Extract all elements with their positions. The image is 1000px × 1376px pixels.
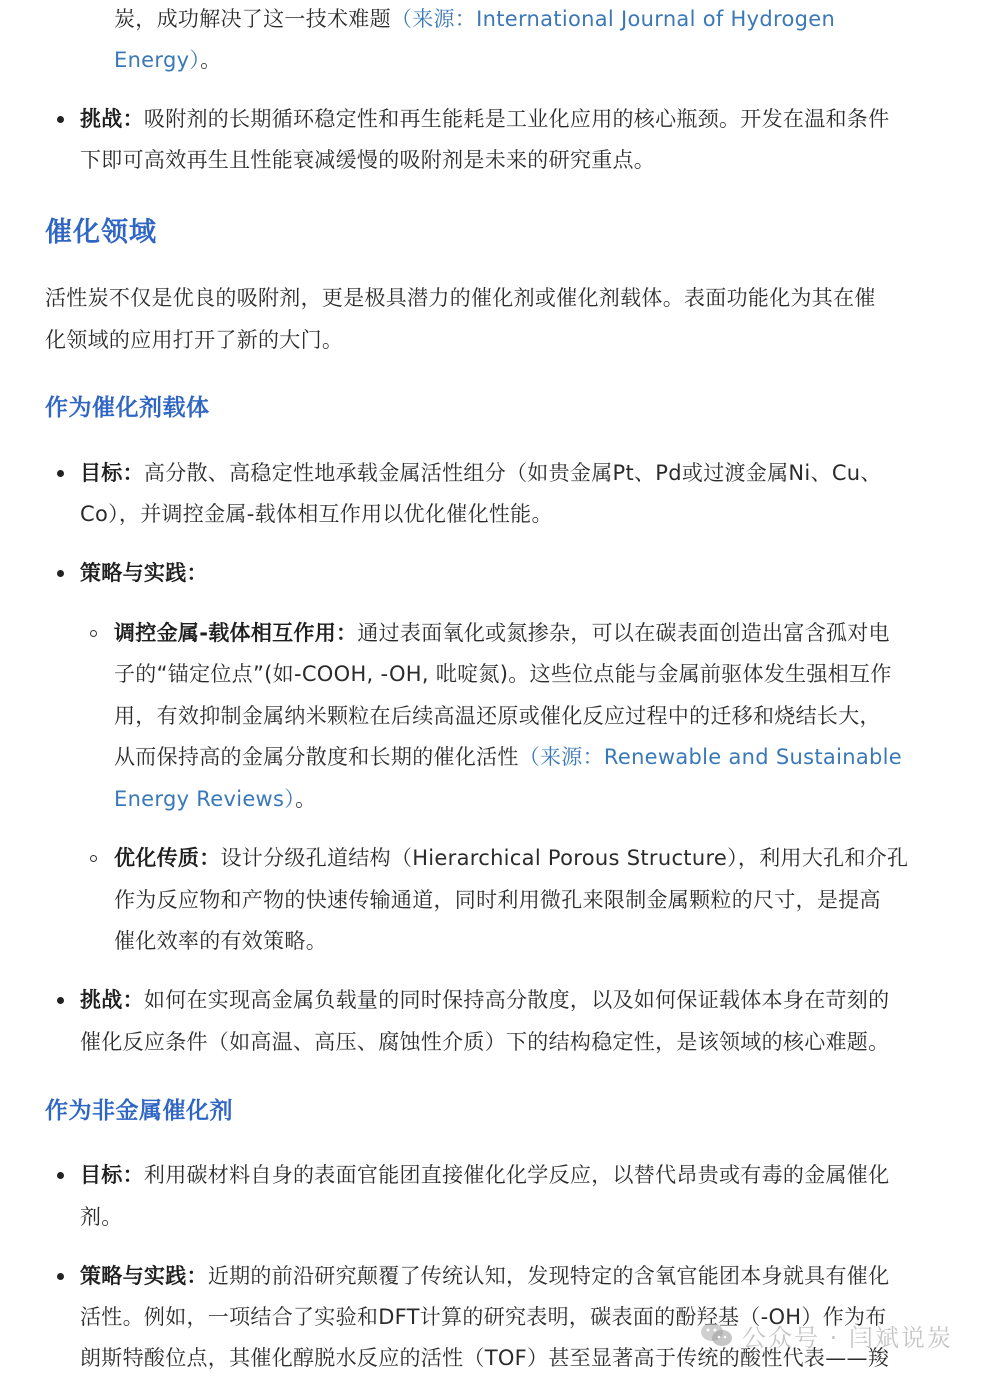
sub-item-metal-support: 调控金属-载体相互作用：通过表面氧化或氮掺杂，可以在碳表面创造出富含孤对电 xyxy=(114,618,890,648)
sub-item-cont: 子的“锚定位点”(如-COOH, -OH, 吡啶氮)。这些位点能与金属前驱体发生… xyxy=(114,659,892,689)
sub-item-cont: 用，有效抑制金属纳米颗粒在后续高温还原或催化反应过程中的迁移和烧结长大， xyxy=(114,701,881,731)
goal-item: 目标：高分散、高稳定性地承载金属活性组分（如贵金属Pt、Pd或过渡金属Ni、Cu… xyxy=(80,458,882,488)
item-label: 目标： xyxy=(80,1163,144,1187)
item-text: 催化反应条件（如高温、高压、腐蚀性介质）下的结构稳定性，是该领域的核心难题。 xyxy=(80,1030,889,1054)
item-label: 挑战： xyxy=(80,988,144,1012)
punctuation: 。 xyxy=(295,787,316,811)
strategy-item: 策略与实践： xyxy=(80,558,208,588)
item-text: 利用碳材料自身的表面官能团直接催化化学反应，以替代昂贵或有毒的金属催化 xyxy=(144,1163,890,1187)
item-label: 优化传质： xyxy=(114,846,221,870)
bullet-dot xyxy=(57,116,64,123)
item-text: 高分散、高稳定性地承载金属活性组分（如贵金属Pt、Pd或过渡金属Ni、Cu、 xyxy=(144,461,882,485)
challenge-item: 挑战：吸附剂的长期循环稳定性和再生能耗是工业化应用的核心瓶颈。开发在温和条件 xyxy=(80,104,889,134)
challenge-item: 挑战：如何在实现高金属负载量的同时保持高分散度，以及如何保证载体本身在苛刻的 xyxy=(80,985,889,1015)
body-text: 炭，成功解决了这一技术难题 xyxy=(114,7,391,31)
strategy-item-cont: 朗斯特酸位点，其催化醇脱水反应的活性（TOF）甚至显著高于传统的酸性代表——羧 xyxy=(80,1343,889,1373)
challenge-item-cont: 催化反应条件（如高温、高压、腐蚀性介质）下的结构稳定性，是该领域的核心难题。 xyxy=(80,1027,889,1057)
bullet-dot xyxy=(57,570,64,577)
source-citation: Energy） xyxy=(114,48,200,72)
item-text: 用，有效抑制金属纳米颗粒在后续高温还原或催化反应过程中的迁移和烧结长大， xyxy=(114,704,881,728)
bullet-dot xyxy=(57,470,64,477)
item-text: 设计分级孔道结构（Hierarchical Porous Structure），… xyxy=(221,846,909,870)
intro-text: 活性炭不仅是优良的吸附剂，更是极具潜力的催化剂或催化剂载体。表面功能化为其在催 xyxy=(45,286,876,310)
sub-item-cont: 催化效率的有效策略。 xyxy=(114,926,327,956)
continued-paragraph-line: 炭，成功解决了这一技术难题（来源：International Journal o… xyxy=(114,4,835,34)
goal-item-cont: 剂。 xyxy=(80,1202,123,1232)
item-text: 从而保持高的金属分散度和长期的催化活性 xyxy=(114,745,519,769)
section-heading-catalysis: 催化领域 xyxy=(45,215,157,251)
section-intro: 活性炭不仅是优良的吸附剂，更是极具潜力的催化剂或催化剂载体。表面功能化为其在催 xyxy=(45,283,876,313)
section-intro-cont: 化领域的应用打开了新的大门。 xyxy=(45,325,343,355)
subsection-heading-nonmetal: 作为非金属催化剂 xyxy=(45,1095,233,1127)
bullet-dot xyxy=(57,1172,64,1179)
item-label: 策略与实践： xyxy=(80,1264,208,1288)
sub-bullet-circle xyxy=(90,630,97,637)
intro-text: 化领域的应用打开了新的大门。 xyxy=(45,328,343,352)
item-text: 催化效率的有效策略。 xyxy=(114,929,327,953)
item-text: Co），并调控金属-载体相互作用以优化催化性能。 xyxy=(80,502,553,526)
challenge-item-cont: 下即可高效再生且性能衰减缓慢的吸附剂是未来的研究重点。 xyxy=(80,145,655,175)
item-label: 目标： xyxy=(80,461,144,485)
item-text: 如何在实现高金属负载量的同时保持高分散度，以及如何保证载体本身在苛刻的 xyxy=(144,988,890,1012)
bullet-dot xyxy=(57,1273,64,1280)
item-text: 活性。例如，一项结合了实验和DFT计算的研究表明，碳表面的酚羟基（-OH）作为布 xyxy=(80,1305,887,1329)
item-text: 作为反应物和产物的快速传输通道，同时利用微孔来限制金属颗粒的尺寸，是提高 xyxy=(114,888,881,912)
strategy-item-cont: 活性。例如，一项结合了实验和DFT计算的研究表明，碳表面的酚羟基（-OH）作为布 xyxy=(80,1302,887,1332)
item-text: 通过表面氧化或氮掺杂，可以在碳表面创造出富含孤对电 xyxy=(357,621,890,645)
subsection-heading-catalyst-support: 作为催化剂载体 xyxy=(45,392,210,424)
item-label: 策略与实践： xyxy=(80,561,208,585)
item-label: 调控金属-载体相互作用： xyxy=(114,621,357,645)
item-text: 子的“锚定位点”(如-COOH, -OH, 吡啶氮)。这些位点能与金属前驱体发生… xyxy=(114,662,892,686)
item-text: 下即可高效再生且性能衰减缓慢的吸附剂是未来的研究重点。 xyxy=(80,148,655,172)
sub-item-cont: 从而保持高的金属分散度和长期的催化活性（来源：Renewable and Sus… xyxy=(114,742,902,772)
item-text: 近期的前沿研究颠覆了传统认知，发现特定的含氧官能团本身就具有催化 xyxy=(208,1264,890,1288)
strategy-item: 策略与实践：近期的前沿研究颠覆了传统认知，发现特定的含氧官能团本身就具有催化 xyxy=(80,1261,889,1291)
source-citation: （来源：Renewable and Sustainable xyxy=(519,745,902,769)
source-citation: （来源：International Journal of Hydrogen xyxy=(391,7,835,31)
item-text: 吸附剂的长期循环稳定性和再生能耗是工业化应用的核心瓶颈。开发在温和条件 xyxy=(144,107,890,131)
article-page: 炭，成功解决了这一技术难题（来源：International Journal o… xyxy=(0,0,1000,1376)
item-text: 剂。 xyxy=(80,1205,123,1229)
source-citation: Energy Reviews） xyxy=(114,787,295,811)
sub-item-mass-transfer: 优化传质：设计分级孔道结构（Hierarchical Porous Struct… xyxy=(114,843,908,873)
continued-paragraph-line: Energy）。 xyxy=(114,45,221,75)
sub-bullet-circle xyxy=(90,855,97,862)
punctuation: 。 xyxy=(200,48,221,72)
goal-item-cont: Co），并调控金属-载体相互作用以优化催化性能。 xyxy=(80,499,553,529)
goal-item: 目标：利用碳材料自身的表面官能团直接催化化学反应，以替代昂贵或有毒的金属催化 xyxy=(80,1160,889,1190)
bullet-dot xyxy=(57,997,64,1004)
item-label: 挑战： xyxy=(80,107,144,131)
sub-item-cont: Energy Reviews）。 xyxy=(114,784,316,814)
sub-item-cont: 作为反应物和产物的快速传输通道，同时利用微孔来限制金属颗粒的尺寸，是提高 xyxy=(114,885,881,915)
item-text: 朗斯特酸位点，其催化醇脱水反应的活性（TOF）甚至显著高于传统的酸性代表——羧 xyxy=(80,1346,889,1370)
